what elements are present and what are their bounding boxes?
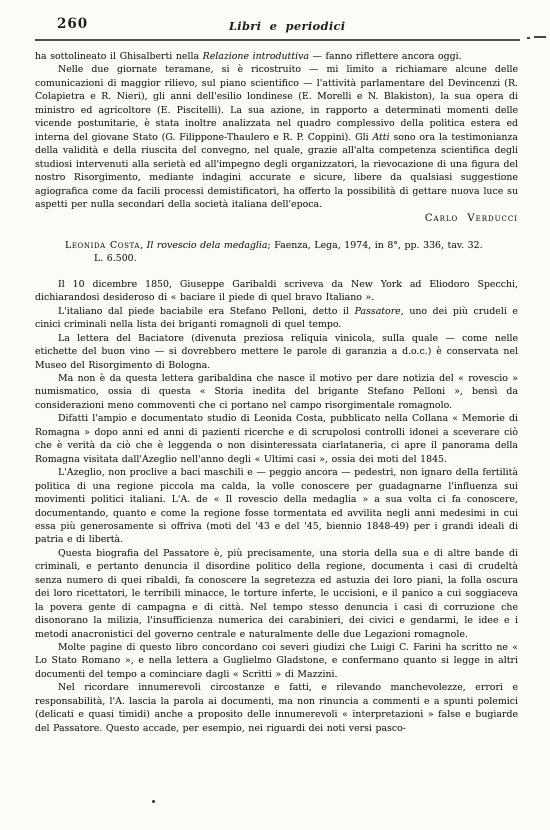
paragraph-lettera-baciatore: La lettera del Baciatore (divenuta prezi… [35, 332, 518, 372]
scan-rule-tail-dot [527, 37, 530, 39]
paragraph-continuation: ha sottolineato il Ghisalberti nella Rel… [35, 50, 518, 63]
scan-speck [152, 800, 155, 803]
paragraph-pelloni-intro: L'italiano dal piede baciabile era Stefa… [35, 305, 518, 332]
paragraph-biografia-passatore: Questa biografia del Passatore è, più pr… [35, 547, 518, 641]
biblio-citation: Leonida Costa, Il rovescio dela medaglia… [65, 239, 518, 252]
paragraph-convegno: Nelle due giornate teramane, si è ricost… [35, 63, 518, 211]
paragraph-studio-costa: Difatti l'ampio e documentato studio di … [35, 412, 518, 466]
page-header: 260 Libri e periodici [35, 15, 520, 37]
reviewer-signature: Carlo Verducci [35, 212, 518, 225]
paragraph-azeglio: L'Azeglio, non proclive a baci maschili … [35, 466, 518, 547]
paragraph-garibaldi-letter: Il 10 dicembre 1850, Giuseppe Garibaldi … [35, 278, 518, 305]
page-number: 260 [57, 16, 88, 32]
paragraph-rovescio-numismatico: Ma non è da questa lettera garibaldina c… [35, 372, 518, 412]
scan-rule-tail-mark [534, 36, 546, 38]
review-text-block: ha sottolineato il Ghisalberti nella Rel… [35, 50, 518, 735]
bibliographic-entry: Leonida Costa, Il rovescio dela medaglia… [65, 239, 518, 266]
running-title: Libri e periodici [229, 19, 346, 33]
header-rule [35, 39, 520, 41]
biblio-price: L. 6.500. [94, 252, 518, 265]
scanned-book-page: 260 Libri e periodici ha sottolineato il… [0, 0, 550, 830]
paragraph-documenti-finale: Nel ricordare innumerevoli circostanze e… [35, 681, 518, 735]
paragraph-farini-giudizi: Molte pagine di questo libro concordano … [35, 641, 518, 681]
